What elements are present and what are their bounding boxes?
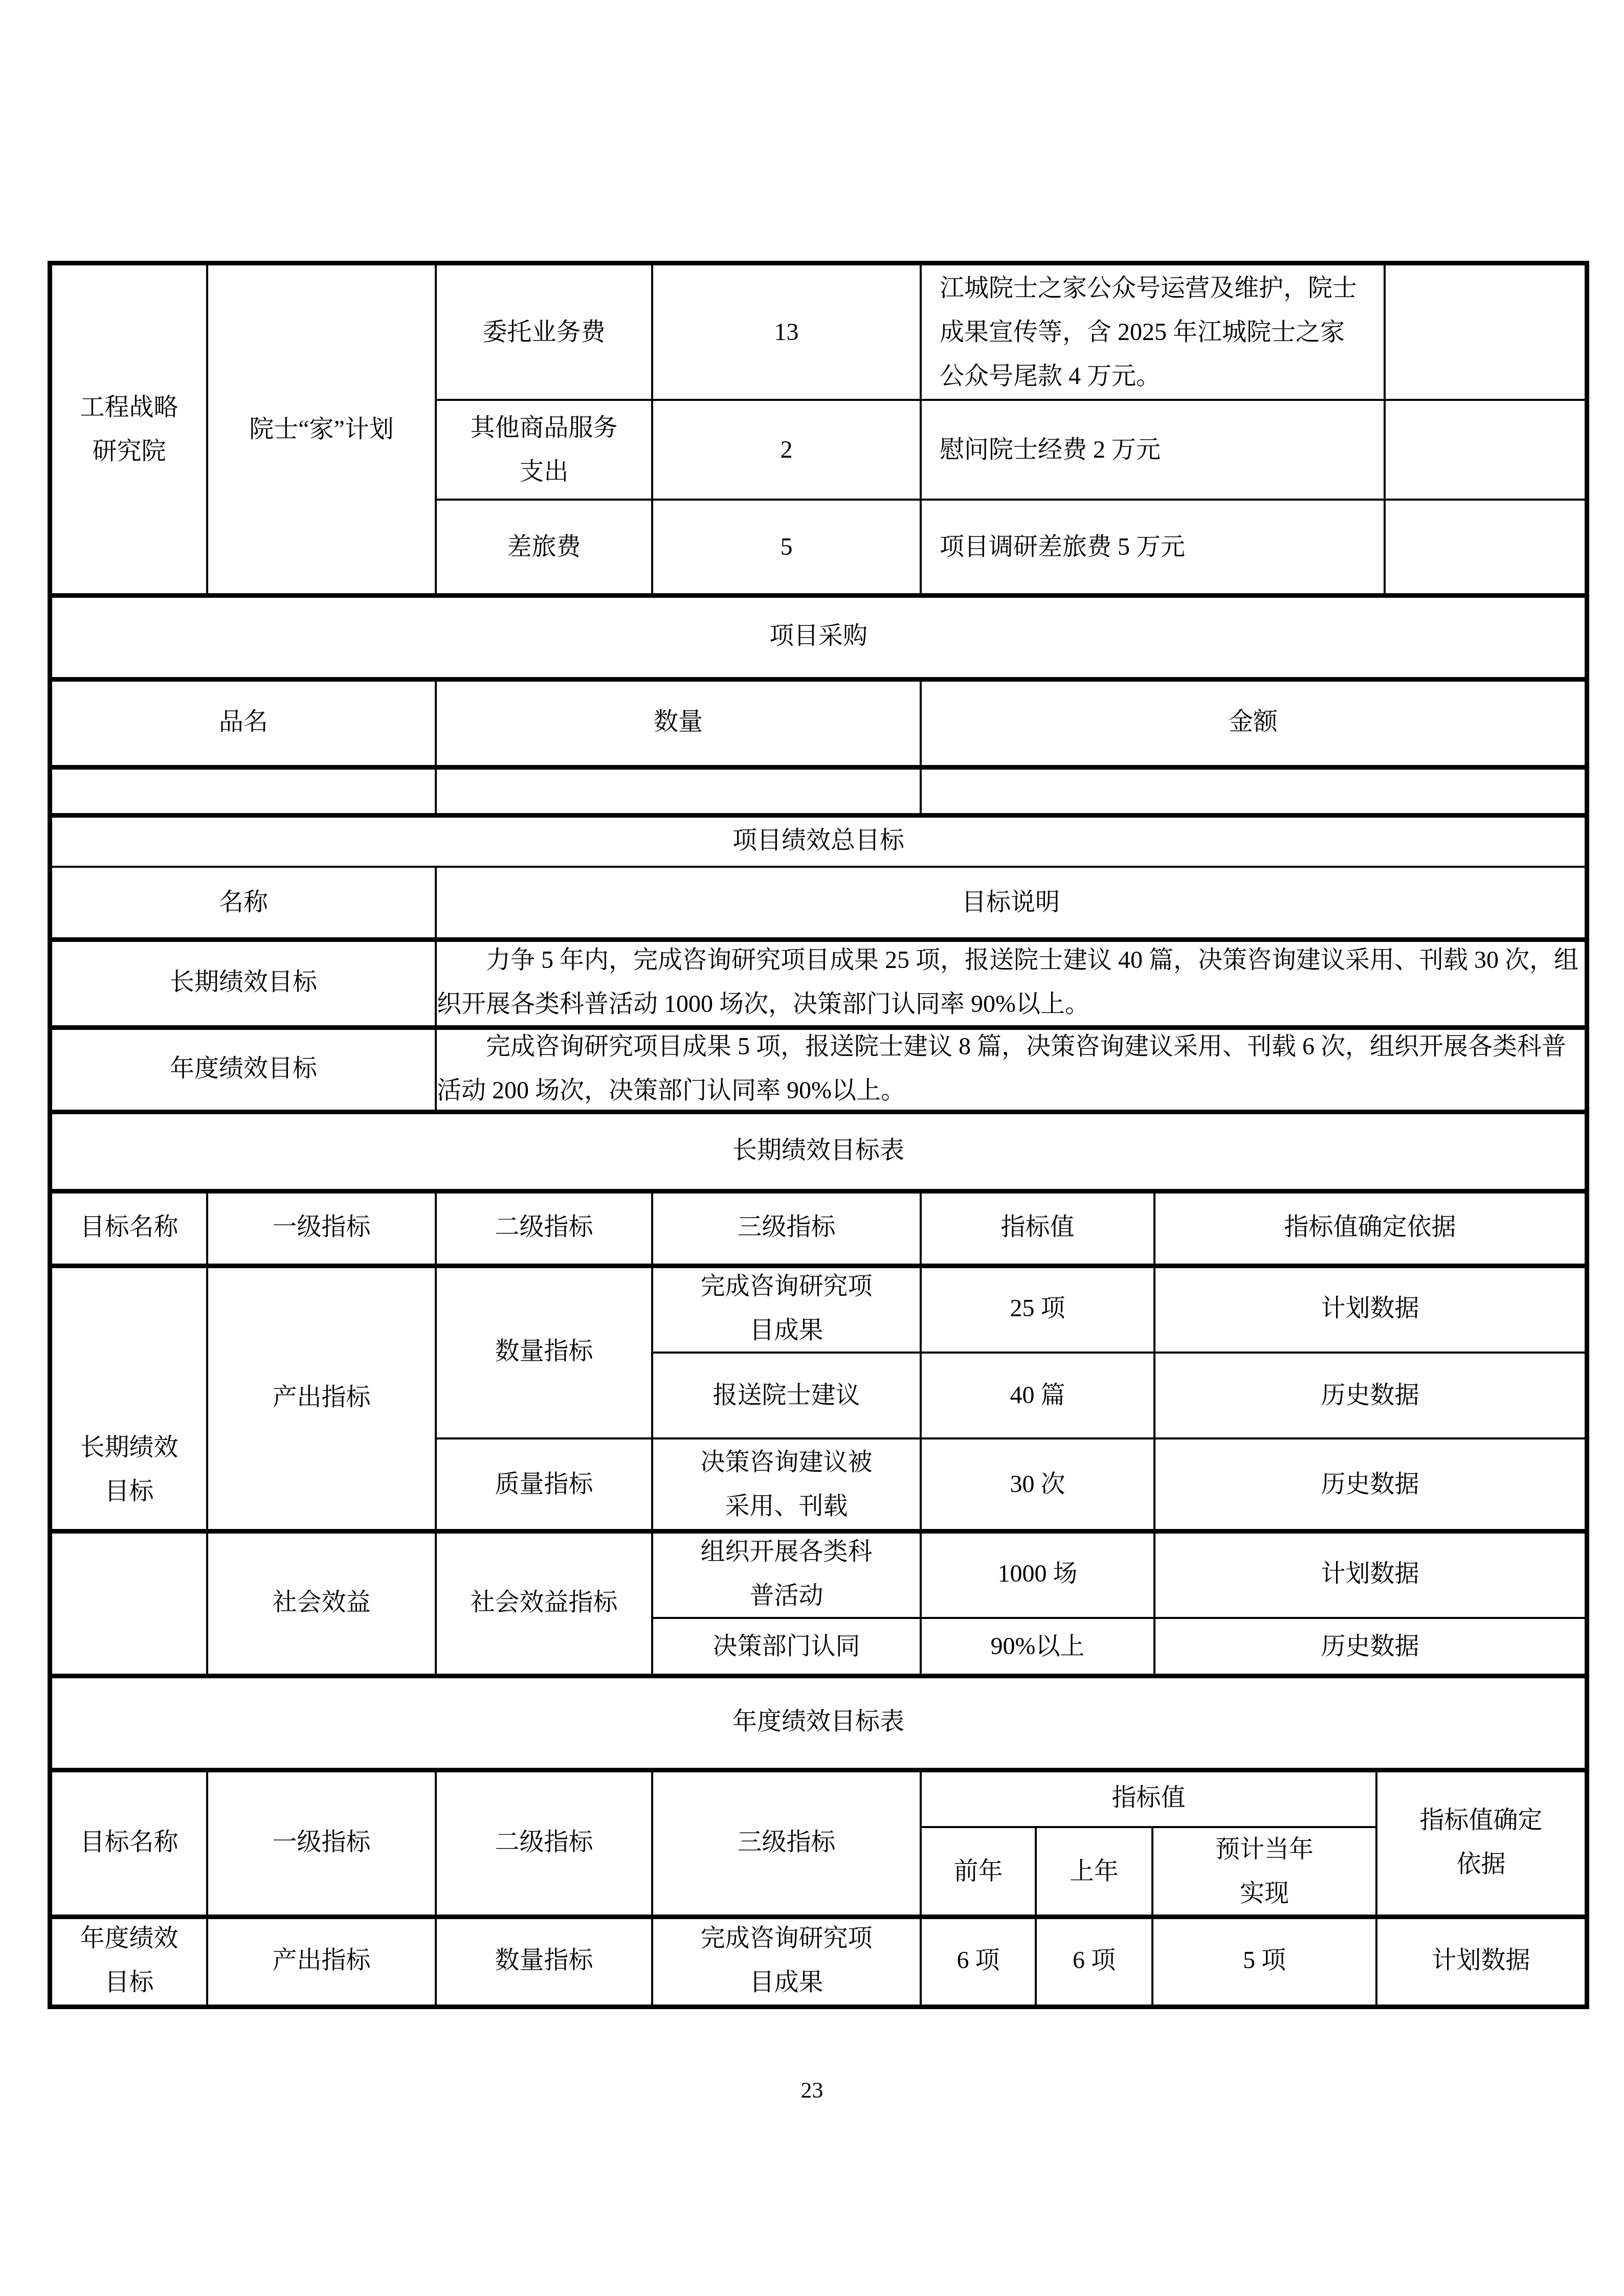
section-title-procurement: 项目采购 (52, 595, 1585, 679)
an-header-value-group: 指标值 (922, 1770, 1377, 1828)
expense-item: 委托业务费 (437, 265, 653, 401)
lt-l2-quantity: 数量指标 (437, 1266, 653, 1439)
an-header-l3: 三级指标 (653, 1770, 922, 1917)
lt-row-value: 25 项 (922, 1266, 1155, 1354)
lt-l1-social: 社会效益 (208, 1531, 437, 1676)
document-page: 工程战略 研究院 院士“家”计划 委托业务费 13 江城院士之家公众号运营及维护… (0, 0, 1624, 2296)
an-header-current: 预计当年 实现 (1153, 1828, 1377, 1917)
lt-row-basis: 历史数据 (1155, 1439, 1585, 1531)
thick-rule (52, 813, 1585, 818)
lt-row-value: 30 次 (922, 1439, 1155, 1531)
section-title-annual-table: 年度绩效目标表 (52, 1676, 1585, 1770)
an-row-prev2: 6 项 (922, 1917, 1037, 2005)
thick-rule (52, 1189, 1585, 1194)
expense-amount: 2 (653, 401, 922, 501)
lt-goal-cell: 长期绩效 目标 (52, 1266, 208, 1676)
section-title-overall-goals: 项目绩效总目标 (52, 815, 1585, 868)
lt-header-basis: 指标值确定依据 (1155, 1191, 1585, 1266)
an-row-current: 5 项 (1153, 1917, 1377, 2005)
col-header-qty: 数量 (437, 679, 922, 767)
expense-note: 项目调研差旅费 5 万元 (922, 501, 1386, 595)
expense-extra (1386, 265, 1585, 401)
thick-rule (52, 1768, 1585, 1772)
expense-note: 江城院士之家公众号运营及维护，院士成果宣传等，含 2025 年江城院士之家公众号… (922, 265, 1386, 401)
col-header-name: 品名 (52, 679, 437, 767)
an-header-goal: 目标名称 (52, 1770, 208, 1917)
lt-header-goal: 目标名称 (52, 1191, 208, 1266)
lt-row-value: 90%以上 (922, 1619, 1155, 1676)
thick-rule (52, 1915, 1585, 1919)
lt-header-l1: 一级指标 (208, 1191, 437, 1266)
expense-extra (1386, 501, 1585, 595)
lt-header-l2: 二级指标 (437, 1191, 653, 1266)
lt-l2-social: 社会效益指标 (437, 1531, 653, 1676)
expense-item: 差旅费 (437, 501, 653, 595)
thick-rule (52, 1529, 1585, 1534)
an-header-prev2: 前年 (922, 1828, 1037, 1917)
lt-header-l3: 三级指标 (653, 1191, 922, 1266)
expense-extra (1386, 401, 1585, 501)
empty-cell-amount (922, 767, 1585, 815)
lt-row-basis: 历史数据 (1155, 1354, 1585, 1439)
lt-row-basis: 计划数据 (1155, 1531, 1585, 1619)
an-row-l3: 完成咨询研究项 目成果 (653, 1917, 922, 2005)
lt-row-value: 1000 场 (922, 1531, 1155, 1619)
lt-row-basis: 计划数据 (1155, 1266, 1585, 1354)
expense-item: 其他商品服务 支出 (437, 401, 653, 501)
an-header-l2: 二级指标 (437, 1770, 653, 1917)
expense-amount: 13 (653, 265, 922, 401)
an-row-basis: 计划数据 (1377, 1917, 1585, 2005)
lt-row-l3: 组织开展各类科 普活动 (653, 1531, 922, 1619)
lt-l2-quality: 质量指标 (437, 1439, 653, 1531)
thick-rule (52, 593, 1585, 598)
thick-rule (52, 1264, 1585, 1268)
an-header-prev1: 上年 (1037, 1828, 1153, 1917)
an-row-prev1: 6 项 (1037, 1917, 1153, 2005)
expense-note: 慰问院士经费 2 万元 (922, 401, 1386, 501)
thick-rule (52, 937, 1585, 942)
thick-rule (52, 765, 1585, 770)
an-header-l1: 一级指标 (208, 1770, 437, 1917)
org-cell: 工程战略 研究院 (52, 265, 208, 595)
thick-rule (52, 677, 1585, 682)
thick-rule (52, 1674, 1585, 1678)
lt-row-value: 40 篇 (922, 1354, 1155, 1439)
goal-name-longterm: 长期绩效目标 (52, 939, 437, 1027)
thick-rule (52, 1110, 1585, 1114)
thick-rule (52, 1025, 1585, 1030)
section-title-longterm-table: 长期绩效目标表 (52, 1112, 1585, 1191)
goal-desc-annual: 完成咨询研究项目成果 5 项，报送院士建议 8 篇，决策咨询建议采用、刊载 6 … (437, 1027, 1585, 1112)
col-header-goal-desc: 目标说明 (437, 868, 1585, 939)
col-header-goal-name: 名称 (52, 868, 437, 939)
expense-amount: 5 (653, 501, 922, 595)
budget-performance-table: 工程战略 研究院 院士“家”计划 委托业务费 13 江城院士之家公众号运营及维护… (48, 261, 1589, 2009)
goal-name-annual: 年度绩效目标 (52, 1027, 437, 1112)
project-cell: 院士“家”计划 (208, 265, 437, 595)
page-number: 23 (0, 2077, 1624, 2103)
lt-row-l3: 完成咨询研究项 目成果 (653, 1266, 922, 1354)
goal-desc-text: 完成咨询研究项目成果 5 项，报送院士建议 8 篇，决策咨询建议采用、刊载 6 … (437, 1027, 1585, 1112)
lt-l1-output: 产出指标 (208, 1266, 437, 1531)
lt-row-l3: 决策部门认同 (653, 1619, 922, 1676)
lt-header-value: 指标值 (922, 1191, 1155, 1266)
empty-cell-qty (437, 767, 922, 815)
lt-row-basis: 历史数据 (1155, 1619, 1585, 1676)
col-header-amount: 金额 (922, 679, 1585, 767)
goal-desc-longterm: 力争 5 年内，完成咨询研究项目成果 25 项，报送院士建议 40 篇，决策咨询… (437, 939, 1585, 1027)
an-header-basis: 指标值确定 依据 (1377, 1770, 1585, 1917)
empty-cell-name (52, 767, 437, 815)
goal-desc-text: 力争 5 年内，完成咨询研究项目成果 25 项，报送院士建议 40 篇，决策咨询… (437, 939, 1585, 1026)
an-row-goal: 年度绩效 目标 (52, 1917, 208, 2005)
lt-row-l3: 报送院士建议 (653, 1354, 922, 1439)
lt-row-l3: 决策咨询建议被 采用、刊载 (653, 1439, 922, 1531)
an-row-l1: 产出指标 (208, 1917, 437, 2005)
an-row-l2: 数量指标 (437, 1917, 653, 2005)
